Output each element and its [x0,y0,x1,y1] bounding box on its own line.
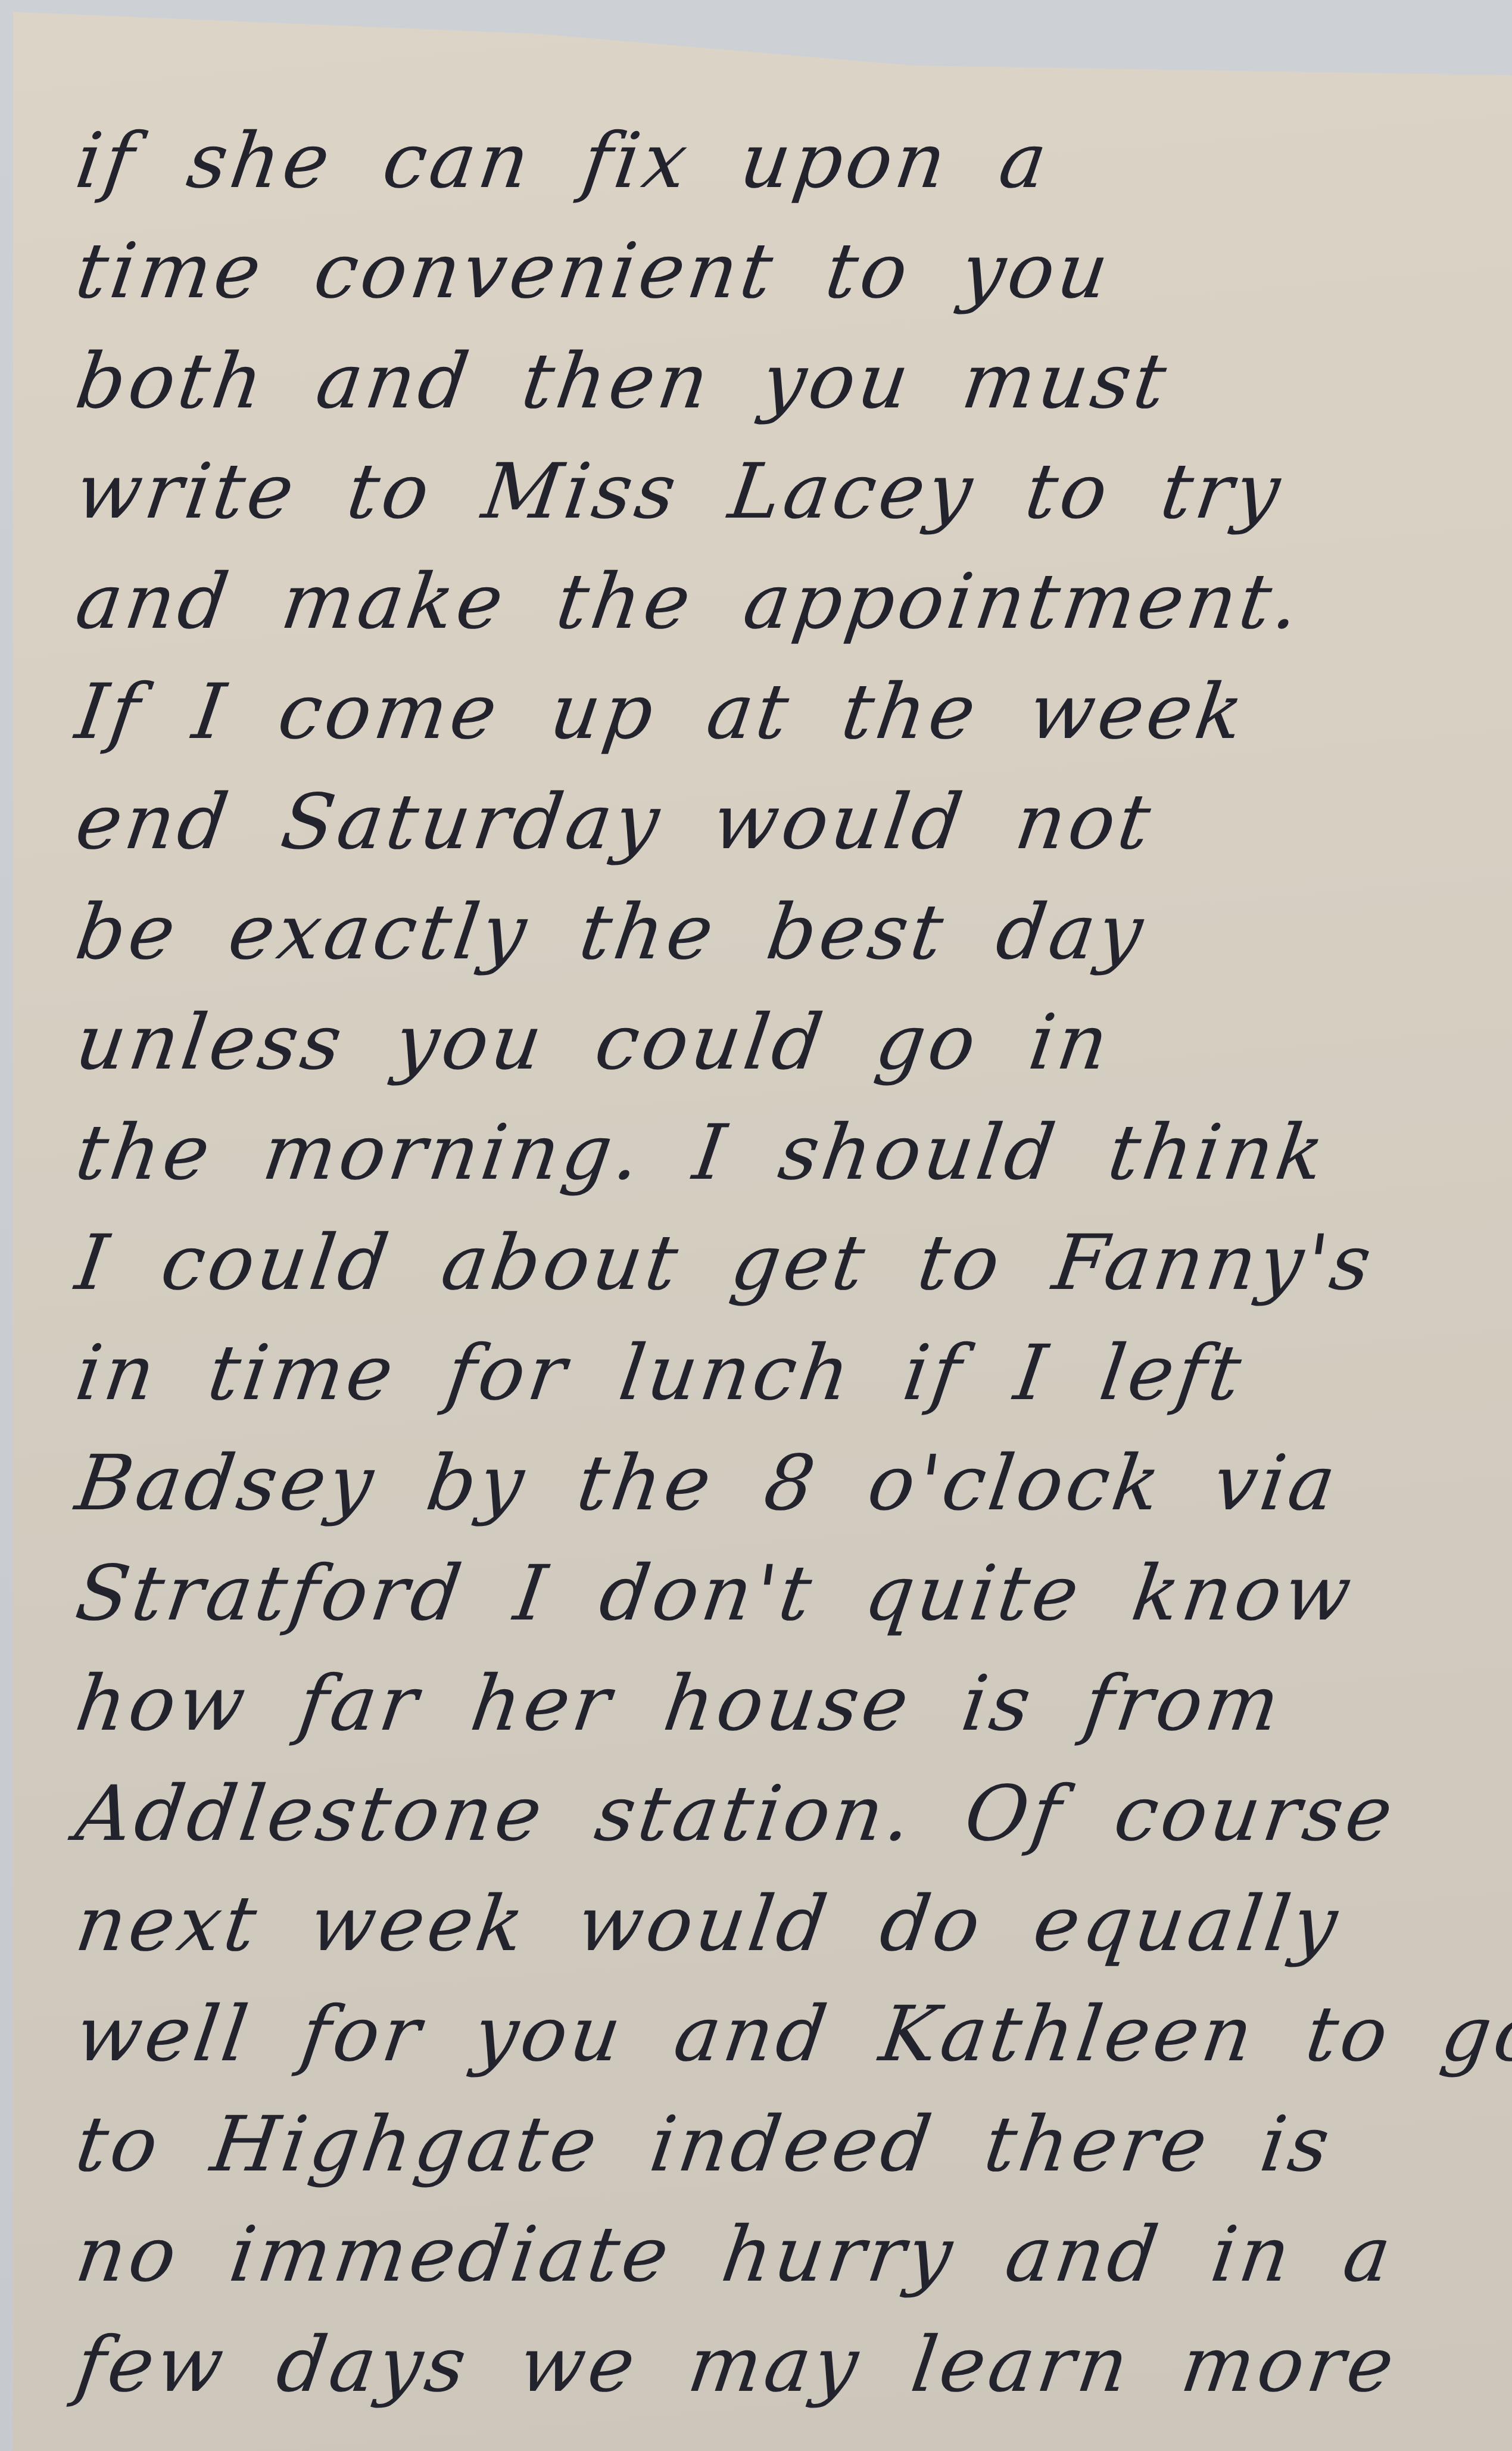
letter-line-text: If I come up at the week [71,674,1251,750]
letter-line-text: I could about get to Fanny's [71,1225,1379,1301]
letter-line-16: Addlestone station. Of course [71,1742,1480,1852]
letter-line-text: write to Miss Lacey to try [71,454,1288,530]
letter-line-text: if she can fix upon a [71,123,1055,200]
letter-line-text: next week would do equally [71,1886,1345,1963]
letter-line-15: how far her house is from [71,1632,1480,1742]
letter-line-text: Badsey by the 8 o'clock via [71,1446,1343,1522]
letter-line-text: in time for lunch if I left [71,1335,1249,1412]
letter-line-text: Addlestone station. Of course [71,1776,1401,1852]
letter-line-8: be exactly the best day [71,861,1480,971]
letter-line-3: both and then you must [71,310,1480,420]
letter-line-12: in time for lunch if I left [71,1301,1480,1412]
letter-line-text: and make the appointment. [71,564,1307,640]
letter-line-13: Badsey by the 8 o'clock via [71,1412,1480,1522]
letter-line-10: the morning. I should think [71,1081,1480,1191]
letter-line-text: no immediate hurry and in a [71,2217,1399,2293]
letter-line-18: well for you and Kathleen to go [71,1963,1480,2073]
letter-line-20: no immediate hurry and in a [71,2183,1480,2293]
letter-line-text: end Saturday would not [71,784,1158,861]
letter-line-text: Stratford I don't quite know [71,1556,1359,1632]
letter-line-text: unless you could go in [71,1005,1116,1081]
letter-line-text: both and then you must [71,344,1174,420]
letter-line-4: write to Miss Lacey to try [71,420,1480,530]
letter-line-9: unless you could go in [71,971,1480,1081]
letter-line-7: end Saturday would not [71,750,1480,861]
letter-line-11: I could about get to Fanny's [71,1191,1480,1301]
letter-line-text: the morning. I should think [71,1115,1332,1191]
letter-line-text: to Highgate indeed there is [71,2107,1338,2183]
letter-line-text: well for you and Kathleen to go [71,1997,1512,2073]
letter-body: if she can fix upon a time convenient to… [71,89,1465,2403]
letter-line-19: to Highgate indeed there is [71,2073,1480,2183]
letter-line-text: how far her house is from [71,1666,1287,1742]
letter-line-2: time convenient to you [71,200,1480,310]
letter-line-text: few days we may learn more [71,2327,1402,2403]
letter-line-21: few days we may learn more [71,2293,1480,2403]
letter-line-1: if she can fix upon a [71,89,1480,200]
letter-line-5: and make the appointment. [71,530,1480,640]
letter-line-6: If I come up at the week [71,640,1480,750]
letter-line-17: next week would do equally [71,1852,1480,1963]
letter-line-14: Stratford I don't quite know [71,1522,1480,1632]
letter-line-text: be exactly the best day [71,895,1151,971]
letter-line-text: time convenient to you [71,233,1116,310]
